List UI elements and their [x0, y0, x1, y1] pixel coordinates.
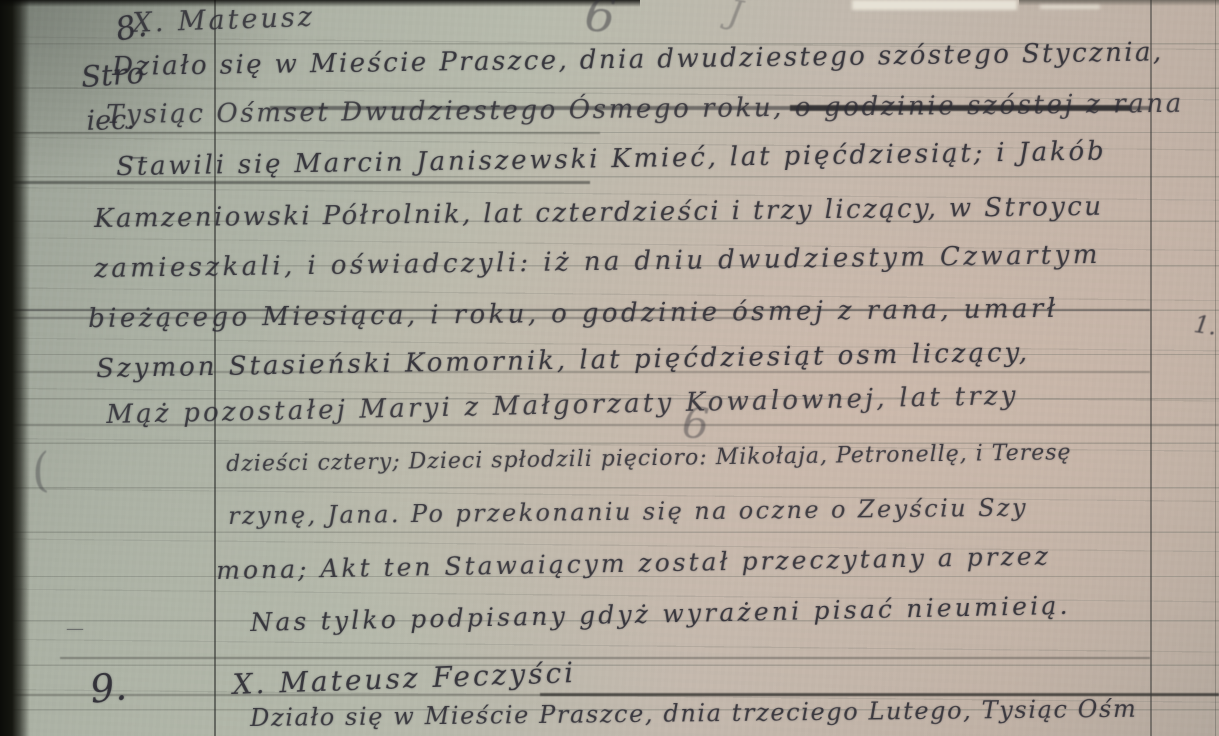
record-line: dzieści cztery; Dzieci spłodzili pięcior… — [226, 440, 1072, 477]
tally-mark-right-column: 1. — [1192, 310, 1219, 341]
flourish-mark: J — [725, 0, 745, 34]
margin-next-entry-number: 9. — [88, 664, 129, 712]
record-line: Kamzeniowski Półrolnik, lat czterdzieści… — [94, 192, 1104, 234]
ruled-line-dark — [0, 181, 590, 184]
register-page-scan: 8. Stro iec. — — 9. X. Mateusz Działo si… — [0, 0, 1219, 736]
photo-edge-top — [0, 0, 640, 7]
margin-dash-lower: — — [66, 618, 84, 639]
light-streak-top-2 — [1040, 5, 1100, 9]
record-line-next-entry: Działo się w Mieście Praszce, dnia trzec… — [250, 695, 1137, 732]
record-line: Tysiąc Ośmset Dwudziestego Ósmego roku, … — [106, 89, 1184, 130]
record-line: rzynę, Jana. Po przekonaniu się na oczne… — [228, 494, 1028, 530]
record-line: Szymon Stasieński Komornik, lat pięćdzie… — [96, 338, 1030, 384]
record-line-priest: X. Mateusz — [132, 2, 315, 39]
light-streak-top — [852, 0, 1017, 10]
flourish-mark: 6 — [681, 398, 711, 449]
record-line: bieżącego Miesiąca, i roku, o godzinie ó… — [88, 294, 1059, 334]
record-line: Stawili się Marcin Janiszewski Kmieć, la… — [116, 136, 1107, 182]
record-line: zamieszkali, i oświadczyli: iż na dniu d… — [94, 240, 1101, 284]
record-line: Nas tylko podpisany gdyż wyrażeni pisać … — [250, 591, 1071, 637]
record-line: Działo się w Mieście Praszce, dnia dwudz… — [112, 37, 1164, 82]
right-edge-line — [1215, 0, 1216, 736]
record-line: Mąż pozostałej Maryi z Małgorzaty Kowalo… — [106, 381, 1019, 430]
record-line: mona; Akt ten Stawaiącym został przeczyt… — [216, 541, 1051, 585]
ruled-line-dark — [60, 657, 1150, 659]
photo-edge-left — [0, 0, 32, 736]
flourish-mark: 6 — [582, 0, 618, 45]
record-line-next-entry-priest: X. Mateusz Feczyści — [232, 656, 577, 701]
